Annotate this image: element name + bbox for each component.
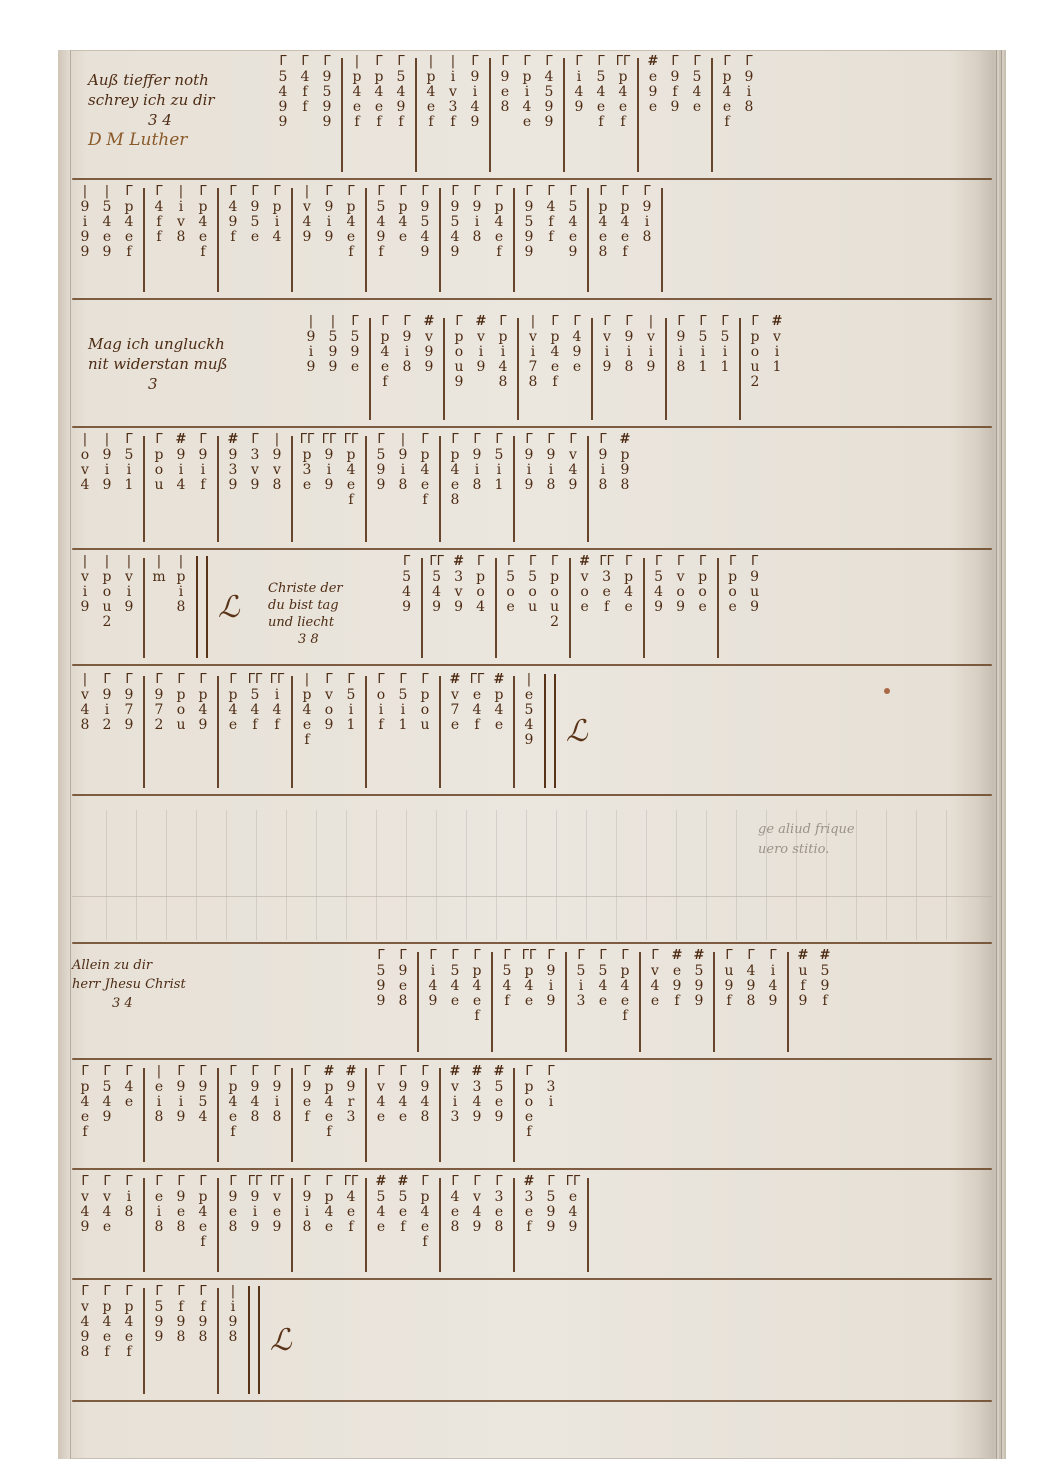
- rhythm-sign: ΓΓ: [248, 672, 263, 688]
- tab-letter: 9: [473, 1110, 482, 1125]
- tab-letter: 9: [525, 448, 534, 463]
- tab-letter: 4: [473, 1205, 482, 1220]
- tab-letter: e: [347, 230, 355, 245]
- system-rule: [72, 942, 992, 944]
- tab-letter: 4: [377, 215, 386, 230]
- tab-letter: 9: [323, 115, 332, 130]
- tab-letter: 8: [451, 493, 460, 508]
- tab-letter: f: [326, 1125, 331, 1140]
- tablature-chord: Γ9e8: [494, 52, 516, 176]
- tab-letter: e: [155, 1190, 163, 1205]
- tab-letter: 8: [251, 1110, 260, 1125]
- rhythm-sign: Γ: [125, 184, 132, 200]
- tab-letter: 9: [323, 70, 332, 85]
- tab-letter: f: [82, 1125, 87, 1140]
- tab-letter: p: [103, 570, 112, 585]
- rhythm-sign: |: [83, 432, 87, 448]
- tab-letter: 5: [125, 448, 134, 463]
- tab-letter: p: [698, 570, 707, 585]
- tablature-chord: Γ9i9: [540, 946, 562, 1056]
- rhythm-sign: Γ: [671, 54, 678, 70]
- tablature-chord: |p4ef: [420, 52, 442, 176]
- rhythm-sign: |: [231, 1284, 235, 1300]
- tab-letter: p: [229, 1080, 238, 1095]
- barline: [587, 436, 589, 542]
- tab-letter: v: [581, 570, 589, 585]
- tab-letter: 5: [329, 330, 338, 345]
- tablature-chord: Γ9i8: [466, 182, 488, 296]
- tab-letter: 9: [103, 448, 112, 463]
- tablature-chord: Γ948: [244, 1062, 266, 1166]
- tab-letter: 9: [329, 360, 338, 375]
- tablature-chord: Γ9i8: [396, 312, 418, 424]
- tab-letter: 4: [427, 85, 436, 100]
- tab-letter: 4: [451, 979, 460, 994]
- tab-letter: 9: [473, 448, 482, 463]
- tab-letter: v: [81, 1300, 89, 1315]
- tab-letter: 8: [399, 994, 408, 1009]
- pencil-line: uero stitio.: [758, 842, 829, 857]
- tab-letter: 4: [229, 703, 238, 718]
- tab-letter: 4: [621, 215, 630, 230]
- tablature-chord: Γ54f: [496, 946, 518, 1056]
- tab-letter: e: [580, 600, 588, 615]
- tablature-chord: #3v9: [448, 552, 470, 662]
- tab-letter: e: [421, 478, 429, 493]
- rhythm-sign: Γ: [599, 432, 606, 448]
- rhythm-sign: Γ: [729, 554, 736, 570]
- tab-letter: f: [604, 600, 609, 615]
- tab-letter: i: [701, 345, 705, 360]
- tab-letter: 4: [525, 718, 534, 733]
- barline: [143, 1068, 145, 1162]
- tablature-chord: Γf98: [192, 1282, 214, 1398]
- tablature-chord: Γ4ff: [148, 182, 170, 296]
- tablature-chord: Γv49: [466, 1172, 488, 1276]
- tablature-chord: #voe: [574, 552, 596, 662]
- rhythm-sign: Γ: [229, 672, 236, 688]
- tablature-system-1: Γ5499Γ4ffΓ9599|p4efΓp4efΓ549f|p4ef|iv3fΓ…: [72, 52, 992, 176]
- tab-letter: 9: [397, 100, 406, 115]
- tablature-chord: |i98: [222, 1282, 244, 1398]
- tab-letter: 9: [745, 70, 754, 85]
- barline: [439, 1068, 441, 1162]
- tab-letter: 3: [251, 448, 260, 463]
- tab-letter: 5: [347, 688, 356, 703]
- tab-letter: i: [179, 585, 183, 600]
- rhythm-sign: Γ: [199, 672, 206, 688]
- rhythm-sign: Γ: [103, 672, 110, 688]
- tab-letter: 8: [81, 718, 90, 733]
- tablature-columns: Γv498Γp4efΓp4efΓ599Γf98Γf98|i98ℒ: [74, 1282, 298, 1398]
- rhythm-sign: Γ: [421, 1174, 428, 1190]
- tab-letter: 9: [747, 979, 756, 994]
- rhythm-sign: Γ: [251, 432, 258, 448]
- tab-letter: e: [251, 230, 259, 245]
- tab-letter: 3: [454, 570, 463, 585]
- rhythm-sign: |: [451, 54, 455, 70]
- tab-letter: i: [627, 345, 631, 360]
- tablature-chord: Γpoef: [518, 1062, 540, 1166]
- tab-letter: 9: [569, 1220, 578, 1235]
- tab-letter: 4: [573, 330, 582, 345]
- tab-letter: i: [645, 215, 649, 230]
- tab-letter: 9: [471, 70, 480, 85]
- tab-letter: 4: [103, 1095, 112, 1110]
- tab-letter: 9: [377, 463, 386, 478]
- barline: [439, 188, 441, 292]
- tab-letter: o: [528, 585, 536, 600]
- tablature-chord: Γ5i1: [118, 430, 140, 546]
- tab-letter: p: [421, 1190, 430, 1205]
- rhythm-sign: Γ: [551, 314, 558, 330]
- tab-letter: 8: [451, 1220, 460, 1235]
- tab-letter: 9: [525, 733, 534, 748]
- tab-letter: 3: [525, 1190, 534, 1205]
- tab-letter: f: [800, 979, 805, 994]
- tab-letter: 4: [747, 964, 756, 979]
- rhythm-sign: Γ: [723, 54, 730, 70]
- rhythm-sign: Γ: [569, 184, 576, 200]
- rhythm-sign: Γ: [229, 1064, 236, 1080]
- rhythm-sign: |: [355, 54, 359, 70]
- rhythm-sign: Γ: [377, 184, 384, 200]
- tab-letter: 4: [569, 215, 578, 230]
- barline: [291, 676, 293, 788]
- tablature-chord: #939: [222, 430, 244, 546]
- rhythm-sign: |: [157, 554, 161, 570]
- tab-letter: i: [179, 1095, 183, 1110]
- tablature-chord: Γpou: [170, 670, 192, 792]
- rhythm-sign: Γ: [547, 948, 554, 964]
- tab-letter: 5: [525, 703, 534, 718]
- tablature-chord: Γp4e: [222, 670, 244, 792]
- rhythm-sign: Γ: [523, 54, 530, 70]
- rhythm-sign: #: [424, 314, 435, 330]
- tab-letter: 5: [525, 215, 534, 230]
- tab-letter: e: [399, 1205, 407, 1220]
- tab-letter: 9: [251, 1190, 260, 1205]
- tab-letter: 8: [621, 478, 630, 493]
- tab-letter: 9: [251, 1080, 260, 1095]
- rhythm-sign: ΓΓ: [300, 432, 315, 448]
- tablature-chord: Γ972: [148, 670, 170, 792]
- tab-letter: 9: [599, 448, 608, 463]
- tab-letter: 9: [403, 330, 412, 345]
- tab-letter: 9: [545, 100, 554, 115]
- tab-letter: 4: [597, 85, 606, 100]
- tab-letter: p: [621, 200, 630, 215]
- tab-letter: e: [473, 688, 481, 703]
- tablature-chord: ΓΓp4ef: [612, 52, 634, 176]
- tab-letter: i: [549, 1095, 553, 1110]
- rhythm-sign: |: [105, 432, 109, 448]
- tab-letter: 4: [421, 463, 430, 478]
- tab-letter: f: [200, 245, 205, 260]
- barline: [421, 558, 423, 658]
- rhythm-sign: #: [228, 432, 239, 448]
- tab-letter: 9: [673, 979, 682, 994]
- tab-letter: 4: [325, 1205, 334, 1220]
- tab-letter: 9: [473, 200, 482, 215]
- tablature-chord: Γ549f: [370, 182, 392, 296]
- tab-letter: i: [275, 688, 279, 703]
- tab-letter: 8: [745, 100, 754, 115]
- barline: [569, 558, 571, 658]
- tab-letter: 8: [399, 478, 408, 493]
- rhythm-sign: Γ: [325, 184, 332, 200]
- tab-letter: 9: [303, 1190, 312, 1205]
- tab-letter: i: [127, 585, 131, 600]
- tablature-chord: #vi9: [470, 312, 492, 424]
- tablature-chord: Γ948: [414, 1062, 436, 1166]
- tab-letter: 4: [347, 215, 356, 230]
- rhythm-sign: Γ: [421, 184, 428, 200]
- tab-letter: 4: [545, 70, 554, 85]
- rhythm-sign: Γ: [721, 314, 728, 330]
- tab-letter: i: [579, 979, 583, 994]
- rhythm-sign: Γ: [477, 554, 484, 570]
- tablature-system-7: Γ599Γ9e8Γi49Γ54eΓp4efΓ54fΓΓp4eΓ9i9Γ5i3Γ5…: [72, 946, 992, 1056]
- tablature-chord: Γv49: [562, 430, 584, 546]
- tab-letter: 5: [279, 70, 288, 85]
- tablature-columns: Γ599Γ9e8Γi49Γ54eΓp4efΓ54fΓΓp4eΓ9i9Γ5i3Γ5…: [220, 946, 836, 1056]
- tablature-chord: Γp4ef: [374, 312, 396, 424]
- rhythm-sign: Γ: [473, 432, 480, 448]
- binding-gutter: [58, 50, 71, 1459]
- tab-letter: e: [199, 1220, 207, 1235]
- tablature-chord: Γ9i2: [96, 670, 118, 792]
- tablature-chord: |vi9: [74, 552, 96, 662]
- tab-letter: 3: [229, 463, 238, 478]
- tab-letter: p: [381, 330, 390, 345]
- rhythm-sign: |: [331, 314, 335, 330]
- tab-letter: 4: [693, 85, 702, 100]
- tablature-chord: Γ3e8: [488, 1172, 510, 1276]
- tab-letter: 9: [325, 478, 334, 493]
- rhythm-sign: Γ: [621, 184, 628, 200]
- tablature-chord: Γ549f: [390, 52, 412, 176]
- tab-letter: 9: [177, 448, 186, 463]
- barline: [143, 1178, 145, 1272]
- tab-letter: 4: [273, 230, 282, 245]
- tab-letter: 5: [377, 1190, 386, 1205]
- rhythm-sign: Γ: [399, 1064, 406, 1080]
- rhythm-sign: Γ: [725, 948, 732, 964]
- rhythm-sign: Γ: [547, 184, 554, 200]
- tablature-chord: ΓΓi4f: [266, 670, 288, 792]
- tab-letter: 5: [451, 964, 460, 979]
- rhythm-sign: Γ: [621, 948, 628, 964]
- rhythm-sign: Γ: [303, 1064, 310, 1080]
- rhythm-sign: #: [476, 314, 487, 330]
- tab-letter: 1: [399, 718, 408, 733]
- tab-letter: 9: [325, 230, 334, 245]
- fine-mark: ℒ: [560, 714, 594, 749]
- barline: [217, 188, 219, 292]
- tab-letter: 4: [654, 585, 663, 600]
- tablature-chord: Γ5ou: [522, 552, 544, 662]
- tab-letter: v: [377, 1080, 385, 1095]
- tab-letter: 8: [177, 1330, 186, 1345]
- tablature-chord: Γp4ef: [96, 1282, 118, 1398]
- tab-letter: 4: [103, 215, 112, 230]
- tablature-chord: #uf9: [792, 946, 814, 1056]
- rhythm-sign: #: [772, 314, 783, 330]
- rhythm-sign: Γ: [655, 554, 662, 570]
- rhythm-sign: Γ: [421, 432, 428, 448]
- tab-letter: f: [302, 100, 307, 115]
- tab-letter: i: [527, 463, 531, 478]
- tab-letter: f: [252, 718, 257, 733]
- tablature-chord: ΓΓ549: [426, 552, 448, 662]
- rhythm-sign: Γ: [273, 184, 280, 200]
- tab-letter: 3: [602, 570, 611, 585]
- tab-letter: 9: [421, 245, 430, 260]
- tablature-chord: Γ9549: [414, 182, 436, 296]
- barline: [365, 188, 367, 292]
- tab-letter: f: [822, 994, 827, 1009]
- tab-letter: 8: [547, 478, 556, 493]
- rhythm-sign: Γ: [199, 1284, 206, 1300]
- tab-letter: e: [351, 360, 359, 375]
- tab-letter: i: [723, 345, 727, 360]
- rhythm-sign: Γ: [699, 554, 706, 570]
- tablature-chord: Γp4ef: [340, 182, 362, 296]
- tab-letter: e: [325, 1220, 333, 1235]
- tab-letter: o: [476, 585, 484, 600]
- barline: [217, 1178, 219, 1272]
- tab-letter: 9: [103, 688, 112, 703]
- tablature-chord: Γ4e8: [444, 1172, 466, 1276]
- barline: [665, 318, 667, 420]
- tab-letter: o: [676, 585, 684, 600]
- tab-letter: i: [479, 345, 483, 360]
- tab-letter: 1: [495, 478, 504, 493]
- tablature-chord: |p4ef: [346, 52, 368, 176]
- tab-letter: v: [125, 570, 133, 585]
- rhythm-sign: Γ: [545, 54, 552, 70]
- tab-letter: 9: [545, 115, 554, 130]
- tab-letter: v: [81, 688, 89, 703]
- tab-letter: v: [303, 200, 311, 215]
- tab-letter: 4: [569, 463, 578, 478]
- rhythm-sign: #: [450, 672, 461, 688]
- tablature-chord: ΓΓ4ef: [340, 1172, 362, 1276]
- tab-letter: 3: [547, 1080, 556, 1095]
- tab-letter: f: [200, 1235, 205, 1250]
- tab-letter: f: [348, 493, 353, 508]
- rhythm-sign: Γ: [399, 948, 406, 964]
- tablature-chord: Γp4ef: [222, 1062, 244, 1166]
- tablature-chord: Γ599: [370, 430, 392, 546]
- tab-letter: e: [347, 478, 355, 493]
- tab-letter: 9: [455, 375, 464, 390]
- tab-letter: f: [422, 493, 427, 508]
- tab-letter: 4: [199, 703, 208, 718]
- tab-letter: f: [126, 1345, 131, 1360]
- tab-letter: 9: [273, 1080, 282, 1095]
- tablature-chord: Γ9i8: [592, 430, 614, 546]
- tab-letter: 9: [421, 1080, 430, 1095]
- tab-letter: 9: [750, 600, 759, 615]
- system-rule: [72, 1278, 992, 1280]
- tab-letter: 9: [329, 345, 338, 360]
- tab-letter: e: [155, 1080, 163, 1095]
- tab-letter: v: [647, 330, 655, 345]
- tab-letter: 1: [699, 360, 708, 375]
- tablature-chord: #5e9: [488, 1062, 510, 1166]
- rhythm-sign: |: [83, 184, 87, 200]
- tab-letter: o: [506, 585, 514, 600]
- rhythm-sign: #: [694, 948, 705, 964]
- rhythm-sign: Γ: [421, 672, 428, 688]
- tab-letter: 9: [251, 478, 260, 493]
- rhythm-sign: ΓΓ: [270, 1174, 285, 1190]
- rhythm-sign: Γ: [551, 554, 558, 570]
- rhythm-sign: Γ: [599, 184, 606, 200]
- rhythm-sign: Γ: [495, 1174, 502, 1190]
- tablature-chord: Γ954: [192, 1062, 214, 1166]
- tablature-chord: Γ4599: [538, 52, 560, 176]
- tab-letter: e: [597, 100, 605, 115]
- barline: [637, 58, 639, 172]
- rhythm-sign: Γ: [251, 1064, 258, 1080]
- tab-letter: p: [229, 688, 238, 703]
- tab-letter: e: [177, 1205, 185, 1220]
- tab-letter: 8: [229, 1330, 238, 1345]
- tablature-chord: Γ979: [118, 670, 140, 792]
- tab-letter: 9: [103, 1110, 112, 1125]
- rhythm-sign: Γ: [429, 948, 436, 964]
- tablature-chord: Γpou9: [448, 312, 470, 424]
- rhythm-sign: Γ: [377, 672, 384, 688]
- tab-letter: i: [253, 1205, 257, 1220]
- system-rule: [72, 548, 992, 550]
- tablature-chord: ΓΓve9: [266, 1172, 288, 1276]
- tablature-chord: Γ5i1: [692, 312, 714, 424]
- tab-letter: p: [624, 570, 633, 585]
- tablature-chord: ΓΓ9i9: [318, 430, 340, 546]
- tab-letter: 9: [625, 330, 634, 345]
- barline: [143, 676, 145, 788]
- tablature-chord: |v48: [74, 670, 96, 792]
- rhythm-sign: Γ: [125, 1284, 132, 1300]
- rhythm-sign: Γ: [577, 948, 584, 964]
- tab-letter: f: [302, 85, 307, 100]
- tab-letter: 4: [377, 1095, 386, 1110]
- rhythm-sign: Γ: [103, 1064, 110, 1080]
- rhythm-sign: Γ: [573, 314, 580, 330]
- tab-letter: 9: [125, 600, 134, 615]
- barline: [717, 558, 719, 658]
- rhythm-sign: #: [798, 948, 809, 964]
- tab-letter: 5: [377, 200, 386, 215]
- tab-letter: 4: [399, 1095, 408, 1110]
- tab-letter: o: [728, 585, 736, 600]
- tab-letter: f: [474, 718, 479, 733]
- tab-letter: 9: [199, 718, 208, 733]
- tab-letter: f: [200, 478, 205, 493]
- tab-letter: e: [523, 115, 531, 130]
- tab-letter: 9: [429, 994, 438, 1009]
- tab-letter: p: [421, 688, 430, 703]
- tablature-chord: Γ5i1: [340, 670, 362, 792]
- rhythm-sign: Γ: [155, 1284, 162, 1300]
- tablature-chord: Γ9f9: [664, 52, 686, 176]
- tablature-chord: |599: [322, 312, 344, 424]
- rhythm-sign: Γ: [399, 184, 406, 200]
